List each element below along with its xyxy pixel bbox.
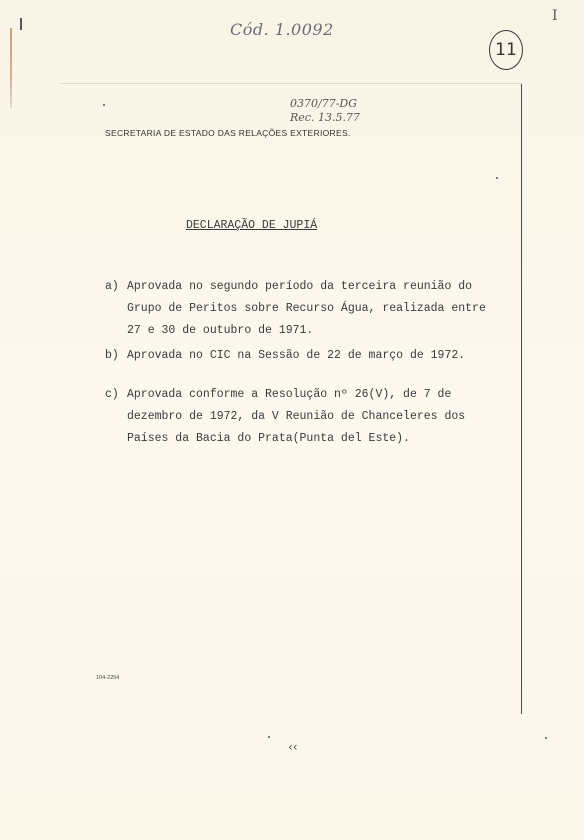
staple-mark: [10, 28, 12, 108]
protocol-number: 0370/77-DG: [290, 97, 360, 111]
staple-mark: [20, 18, 22, 30]
item-label: b): [105, 345, 119, 367]
continuation-mark: ‹‹: [288, 740, 298, 754]
list-item: b) Aprovada no CIC na Sessão de 22 de ma…: [105, 345, 505, 367]
item-text: Aprovada no CIC na Sessão de 22 de março…: [127, 345, 505, 367]
right-margin-line: [521, 84, 522, 714]
ink-speck: [268, 736, 270, 738]
item-label: a): [105, 276, 119, 298]
top-border-line: [60, 83, 522, 84]
list-item: a) Aprovada no segundo período da tercei…: [105, 276, 505, 342]
form-code: 104-2254: [96, 675, 119, 681]
protocol-stamp: 0370/77-DG Rec. 13.5.77: [290, 97, 360, 125]
ink-speck: [496, 177, 498, 179]
list-item: c) Aprovada conforme a Resolução nº 26(V…: [105, 384, 505, 450]
ink-speck: [545, 737, 547, 739]
ink-speck: [103, 104, 105, 106]
handwritten-code-reference: Cód. 1.0092: [230, 20, 334, 39]
document-title: DECLARAÇÃO DE JUPIÁ: [186, 219, 317, 232]
item-label: c): [105, 384, 119, 406]
document-page: Cód. 1.0092 11 I 0370/77-DG Rec. 13.5.77…: [0, 0, 584, 840]
item-text: Aprovada conforme a Resolução nº 26(V), …: [127, 384, 505, 450]
circled-page-number: 11: [489, 30, 523, 70]
received-date: Rec. 13.5.77: [290, 111, 360, 125]
roman-numeral-mark: I: [552, 8, 558, 24]
ministry-header: SECRETARIA DE ESTADO DAS RELAÇÕES EXTERI…: [105, 128, 351, 138]
item-text: Aprovada no segundo período da terceira …: [127, 276, 505, 342]
